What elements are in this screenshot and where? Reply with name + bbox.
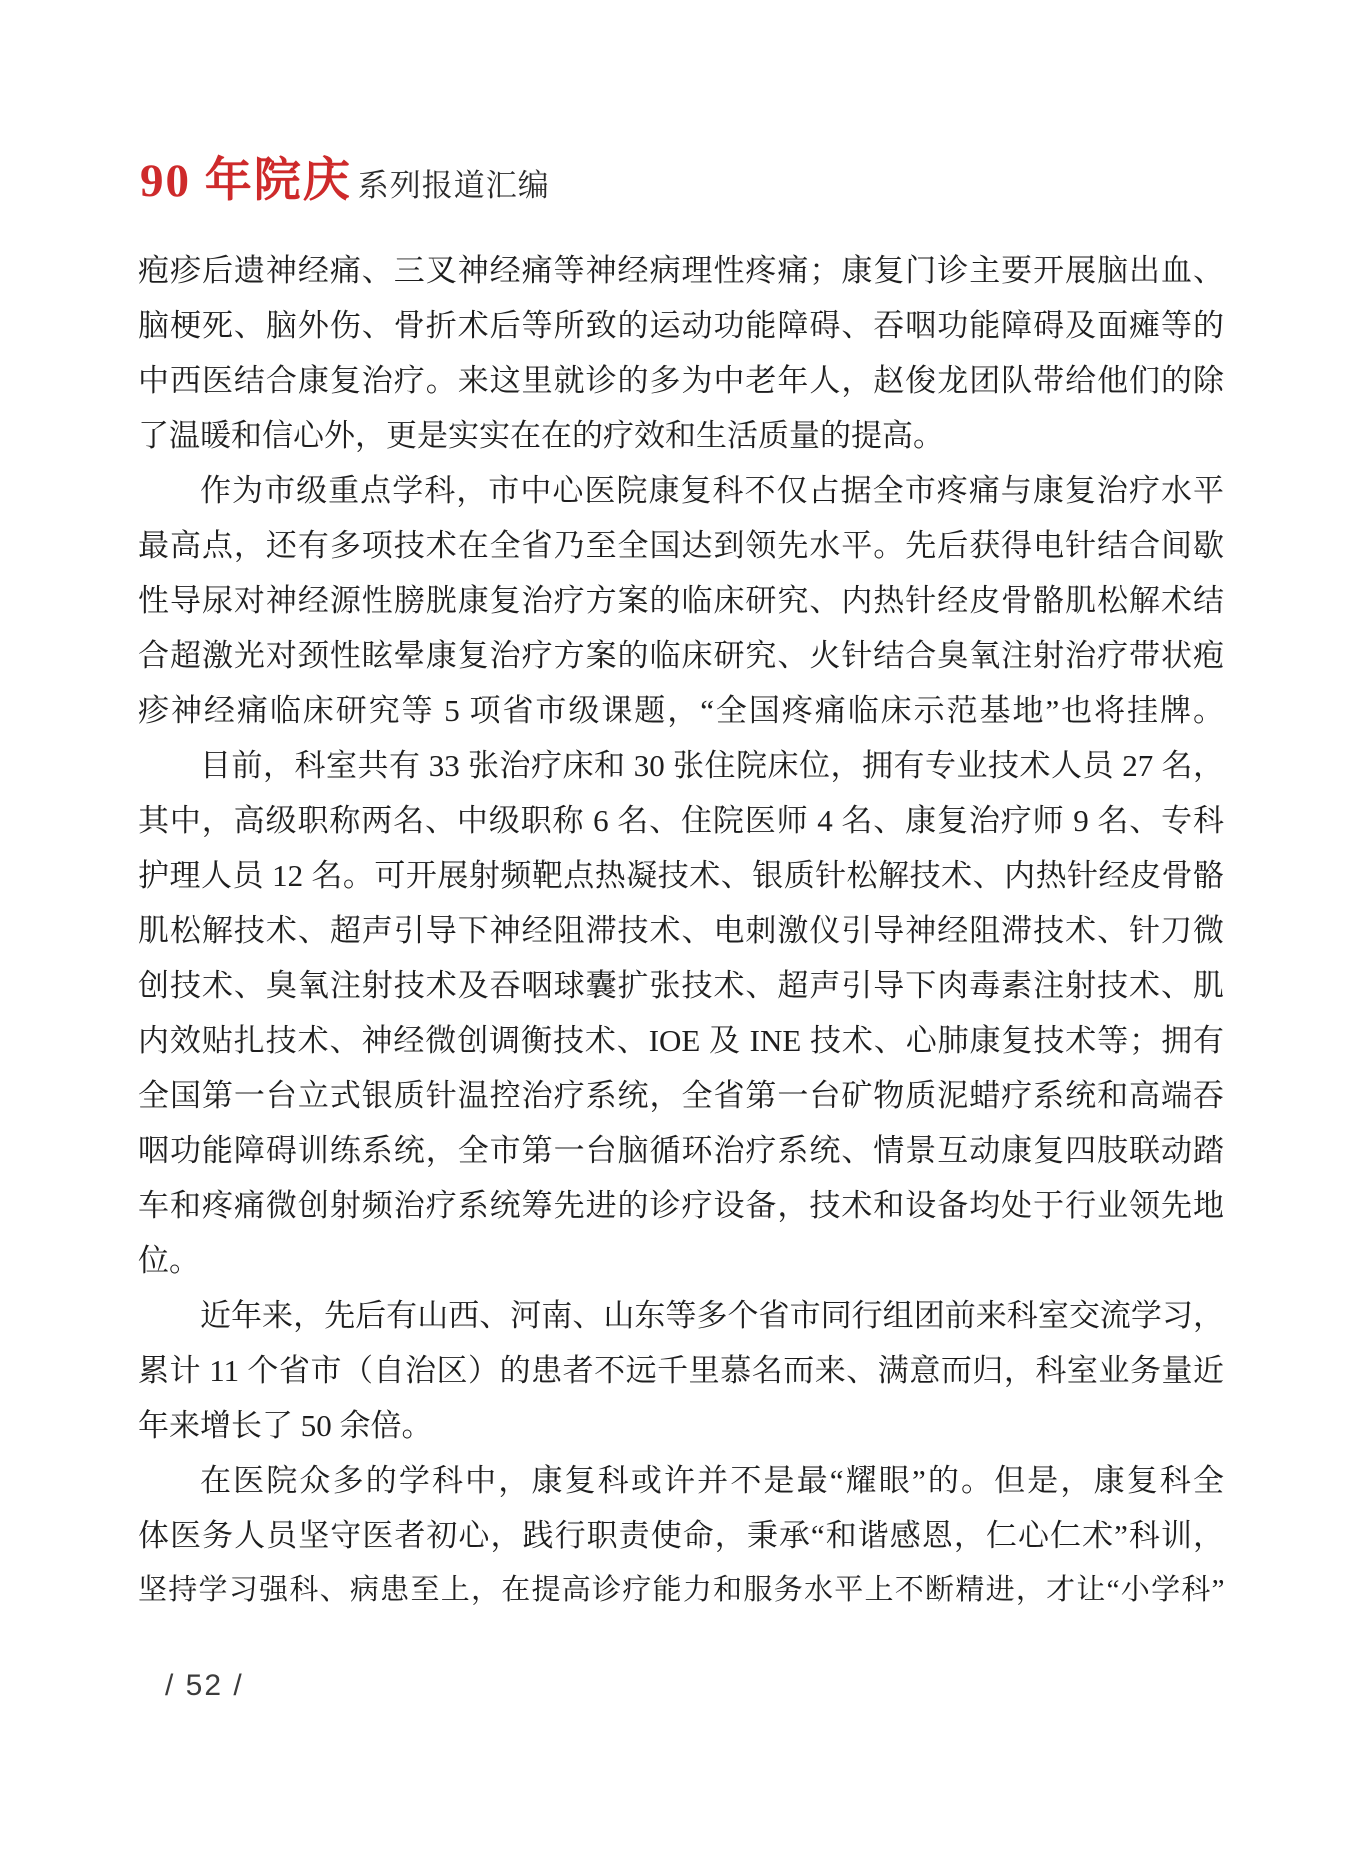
text-line: 性导尿对神经源性膀胱康复治疗方案的临床研究、内热针经皮骨骼肌松解术结	[138, 573, 1224, 628]
text-line: 其中，高级职称两名、中级职称 6 名、住院医师 4 名、康复治疗师 9 名、专科	[138, 793, 1224, 848]
text-line: 了温暖和信心外，更是实实在在的疗效和生活质量的提高。	[138, 408, 1224, 463]
text-line: 中西医结合康复治疗。来这里就诊的多为中老年人，赵俊龙团队带给他们的除	[138, 353, 1224, 408]
text-line: 累计 11 个省市（自治区）的患者不远千里慕名而来、满意而归，科室业务量近	[138, 1343, 1224, 1398]
text-line: 护理人员 12 名。可开展射频靶点热凝技术、银质针松解技术、内热针经皮骨骼	[138, 848, 1224, 903]
header-title-black: 系列报道汇编	[358, 160, 550, 205]
text-line: 在医院众多的学科中，康复科或许并不是最“耀眼”的。但是，康复科全	[138, 1453, 1224, 1508]
text-line: 全国第一台立式银质针温控治疗系统，全省第一台矿物质泥蜡疗系统和高端吞	[138, 1068, 1224, 1123]
text-line: 最高点，还有多项技术在全省乃至全国达到领先水平。先后获得电针结合间歇	[138, 518, 1224, 573]
text-line: 作为市级重点学科，市中心医院康复科不仅占据全市疼痛与康复治疗水平	[138, 463, 1224, 518]
body-text: 疱疹后遗神经痛、三叉神经痛等神经病理性疼痛；康复门诊主要开展脑出血、脑梗死、脑外…	[138, 243, 1224, 1618]
text-line: 位。	[138, 1233, 1224, 1288]
text-line: 体医务人员坚守医者初心，践行职责使命，秉承“和谐感恩，仁心仁术”科训，	[138, 1508, 1224, 1563]
page-header: 90 年院庆 系列报道汇编	[140, 143, 550, 210]
document-page: 90 年院庆 系列报道汇编 疱疹后遗神经痛、三叉神经痛等神经病理性疼痛；康复门诊…	[0, 0, 1362, 1858]
page-number: / 52 /	[165, 1669, 244, 1703]
text-line: 车和疼痛微创射频治疗系统筹先进的诊疗设备，技术和设备均处于行业领先地	[138, 1178, 1224, 1233]
text-line: 创技术、臭氧注射技术及吞咽球囊扩张技术、超声引导下肉毒素注射技术、肌	[138, 958, 1224, 1013]
text-line: 近年来，先后有山西、河南、山东等多个省市同行组团前来科室交流学习，	[138, 1288, 1224, 1343]
text-line: 疱疹后遗神经痛、三叉神经痛等神经病理性疼痛；康复门诊主要开展脑出血、	[138, 243, 1224, 298]
text-line: 内效贴扎技术、神经微创调衡技术、IOE 及 INE 技术、心肺康复技术等；拥有	[138, 1013, 1224, 1068]
text-line: 坚持学习强科、病患至上，在提高诊疗能力和服务水平上不断精进，才让“小学科”	[138, 1563, 1224, 1618]
text-line: 肌松解技术、超声引导下神经阻滞技术、电刺激仪引导神经阻滞技术、针刀微	[138, 903, 1224, 958]
text-line: 合超激光对颈性眩晕康复治疗方案的临床研究、火针结合臭氧注射治疗带状疱	[138, 628, 1224, 683]
text-line: 年来增长了 50 余倍。	[138, 1398, 1224, 1453]
text-line: 脑梗死、脑外伤、骨折术后等所致的运动功能障碍、吞咽功能障碍及面瘫等的	[138, 298, 1224, 353]
header-title-red: 90 年院庆	[140, 143, 352, 210]
text-line: 咽功能障碍训练系统，全市第一台脑循环治疗系统、情景互动康复四肢联动踏	[138, 1123, 1224, 1178]
text-line: 疹神经痛临床研究等 5 项省市级课题，“全国疼痛临床示范基地”也将挂牌。	[138, 683, 1224, 738]
text-line: 目前，科室共有 33 张治疗床和 30 张住院床位，拥有专业技术人员 27 名，	[138, 738, 1224, 793]
